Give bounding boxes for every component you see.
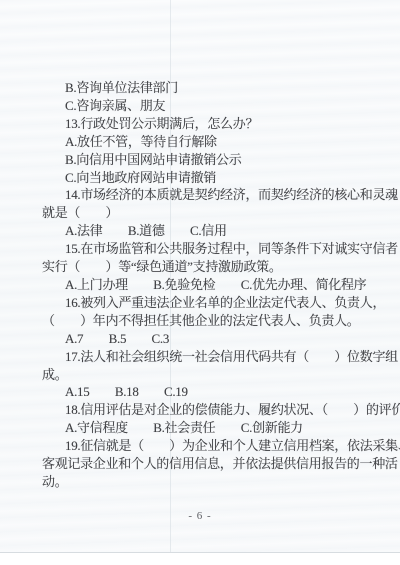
wrap-line: （ ）年内不得担任其他企业的法定代表人、负责人。 [42, 312, 374, 330]
page-number: - 6 - [0, 510, 400, 522]
question-line: 13.行政处罚公示期满后，怎么办？ [42, 115, 374, 133]
option-line: A.法律 B.道德 C.信用 [42, 222, 374, 240]
wrap-line: 就是（ ） [42, 204, 374, 222]
option-line: A.上门办理 B.免验免检 C.优先办理、简化程序 [42, 276, 374, 294]
wrap-line: 成。 [42, 366, 374, 384]
document-text-block: B.咨询单位法律部门 C.咨询亲属、朋友 13.行政处罚公示期满后，怎么办？ A… [42, 79, 374, 491]
option-line: A.15 B.18 C.19 [42, 383, 374, 401]
question-line: 15.在市场监管和公共服务过程中，同等条件下对诚实守信者 [42, 240, 374, 258]
option-line: A.7 B.5 C.3 [42, 330, 374, 348]
question-line: 16.被列入严重违法企业名单的企业法定代表人、负责人， [42, 294, 374, 312]
option-line: C.咨询亲属、朋友 [42, 97, 374, 115]
option-line: B.咨询单位法律部门 [42, 79, 374, 97]
question-line: 18.信用评估是对企业的偿债能力、履约状况、（ ）的评价。 [42, 401, 374, 419]
scan-margin [0, 553, 400, 565]
option-line: A.放任不管，等待自行解除 [42, 133, 374, 151]
wrap-line: 客观记录企业和个人的信用信息，并依法提供信用报告的一种活 [42, 455, 374, 473]
question-line: 19.征信就是（ ）为企业和个人建立信用档案，依法采集、 [42, 437, 374, 455]
wrap-line: 实行（ ）等“绿色通道”支持激励政策。 [42, 258, 374, 276]
wrap-line: 动。 [42, 473, 374, 491]
option-line: C.向当地政府网站申请撤销 [42, 169, 374, 187]
question-line: 17.法人和社会组织统一社会信用代码共有（ ）位数字组 [42, 348, 374, 366]
scanned-page: B.咨询单位法律部门 C.咨询亲属、朋友 13.行政处罚公示期满后，怎么办？ A… [0, 0, 400, 565]
question-line: 14.市场经济的本质就是契约经济，而契约经济的核心和灵魂 [42, 186, 374, 204]
option-line: A.守信程度 B.社会责任 C.创新能力 [42, 419, 374, 437]
option-line: B.向信用中国网站申请撤销公示 [42, 151, 374, 169]
